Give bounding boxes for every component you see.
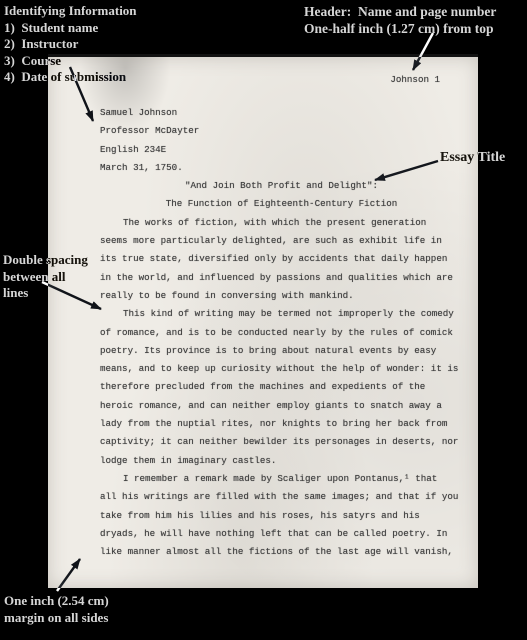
annotation-identifying-list: 1) Student name2) Instructor3) Course4) … xyxy=(4,20,137,86)
annotation-identifying-information: Identifying Information 1) Student name2… xyxy=(4,3,137,86)
body-paragraph-1-line-2: seems more particularly delighted, are s… xyxy=(100,232,463,250)
essay-title-block-line-1: "And Join Both Profit and Delight": xyxy=(100,177,463,195)
identification-block-line-2: Professor McDayter xyxy=(100,122,463,140)
body-paragraph-3-line-1: I remember a remark made by Scaliger upo… xyxy=(100,470,463,488)
body-paragraph-3-line-2: all his writings are filled with the sam… xyxy=(100,488,463,506)
body-paragraph-3-line-3: take from him his lilies and his roses, … xyxy=(100,507,463,525)
body-paragraph-3-line-5: like manner almost all the fictions of t… xyxy=(100,543,463,561)
identification-block-line-3: English 234E xyxy=(100,141,463,159)
body-paragraph-2: This kind of writing may be termed not i… xyxy=(100,305,463,470)
body-paragraph-3: I remember a remark made by Scaliger upo… xyxy=(100,470,463,561)
body-paragraph-1-line-5: really to be found in conversing with ma… xyxy=(100,287,463,305)
body-paragraph-2-line-3: poetry. Its province is to bring about n… xyxy=(100,342,463,360)
annotation-header-note: Header: Name and page number One-half in… xyxy=(304,4,496,37)
body-paragraph-2-line-7: lady from the nuptial rites, nor knights… xyxy=(100,415,463,433)
annotation-double-spacing: Double spacing between all lines xyxy=(3,252,88,302)
essay-title-block-line-2: The Function of Eighteenth-Century Ficti… xyxy=(100,195,463,213)
annotation-margin-note: One inch (2.54 cm) margin on all sides xyxy=(4,593,109,626)
essay-title-block: "And Join Both Profit and Delight":The F… xyxy=(100,177,463,214)
document-content: Samuel JohnsonProfessor McDayterEnglish … xyxy=(100,104,463,561)
body-paragraph-2-line-6: heroic romance, and can neither employ g… xyxy=(100,397,463,415)
running-header-page-number: Johnson 1 xyxy=(390,74,440,85)
body-paragraph-2-line-8: captivity; it can neither bewilder its p… xyxy=(100,433,463,451)
body-paragraph-2-line-4: means, and to keep up curiosity without … xyxy=(100,360,463,378)
body-paragraph-2-line-1: This kind of writing may be termed not i… xyxy=(100,305,463,323)
essay-body: The works of fiction, with which the pre… xyxy=(100,214,463,562)
body-paragraph-2-line-9: lodge them in imaginary castles. xyxy=(100,452,463,470)
annotation-double-spacing-line3: lines xyxy=(3,285,88,302)
annotation-identifying-list-line-1: 1) Student name xyxy=(4,20,137,37)
body-paragraph-1-line-1: The works of fiction, with which the pre… xyxy=(100,214,463,232)
body-paragraph-2-line-2: of romance, and is to be conducted nearl… xyxy=(100,324,463,342)
body-paragraph-1: The works of fiction, with which the pre… xyxy=(100,214,463,305)
document-page: Johnson 1 Samuel JohnsonProfessor McDayt… xyxy=(48,54,478,588)
annotation-essay-title: Essay Title xyxy=(440,150,505,167)
annotation-header-line1: Header: Name and page number xyxy=(304,4,496,21)
body-paragraph-2-line-5: therefore precluded from the machines an… xyxy=(100,378,463,396)
identification-block-line-1: Samuel Johnson xyxy=(100,104,463,122)
annotation-double-spacing-line1: Double spacing xyxy=(3,252,88,269)
annotation-margin-line1: One inch (2.54 cm) xyxy=(4,593,109,610)
annotation-identifying-list-line-4: 4) Date of submission xyxy=(4,69,137,86)
annotation-double-spacing-line2: between all xyxy=(3,269,88,286)
body-paragraph-1-line-3: its true state, diversified only by acci… xyxy=(100,250,463,268)
body-paragraph-1-line-4: in the world, and influenced by passions… xyxy=(100,269,463,287)
body-paragraph-3-line-4: dryads, he will have nothing left that c… xyxy=(100,525,463,543)
identification-block: Samuel JohnsonProfessor McDayterEnglish … xyxy=(100,104,463,177)
annotation-essay-title-label: Essay Title xyxy=(440,150,505,167)
annotation-margin-line2: margin on all sides xyxy=(4,610,109,627)
annotation-header-line2: One-half inch (1.27 cm) from top xyxy=(304,21,496,38)
annotation-identifying-list-line-3: 3) Course xyxy=(4,53,137,70)
annotation-identifying-list-line-2: 2) Instructor xyxy=(4,36,137,53)
scan-background: Johnson 1 Samuel JohnsonProfessor McDayt… xyxy=(0,0,527,640)
annotation-identifying-title: Identifying Information xyxy=(4,3,137,20)
identification-block-line-4: March 31, 1750. xyxy=(100,159,463,177)
